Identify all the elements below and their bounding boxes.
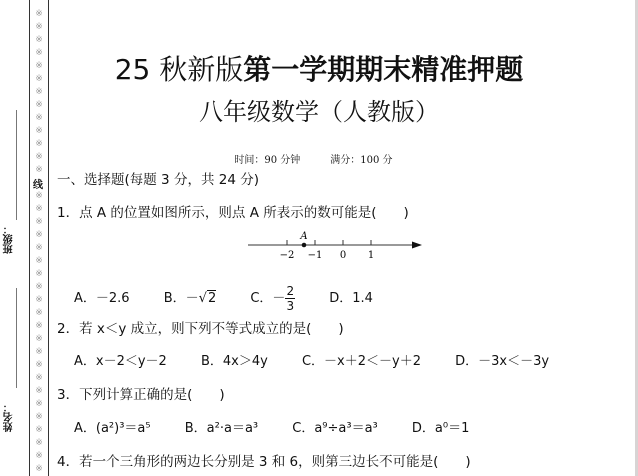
section-heading: 一、选择题(每题 3 分，共 24 分) <box>57 171 259 189</box>
option-c: C．－x＋2＜－y＋2 <box>302 353 421 371</box>
title-main: 第一学期期末精准押题 <box>243 53 523 86</box>
tick-label: 0 <box>340 250 346 261</box>
option-b: B．－√2 <box>164 290 217 308</box>
tick-label: −1 <box>308 250 323 261</box>
question-2-options: A．x－2＜y－2 B．4x＞4y C．－x＋2＜－y＋2 D．－3x＜－3y <box>74 353 579 371</box>
name-underline <box>16 288 17 388</box>
option-c: C．－23 <box>250 284 295 313</box>
option-a: A．－2.6 <box>74 290 130 308</box>
point-a-dot <box>302 243 307 248</box>
option-d: D．－3x＜－3y <box>455 353 549 371</box>
fraction: 23 <box>285 284 295 313</box>
class-label: 班级： <box>4 224 16 254</box>
full-score: 满分：100 分 <box>330 155 392 166</box>
question-1-options: A．－2.6 B．－√2 C．－23 D．1.4 <box>74 284 403 313</box>
option-b: B．4x＞4y <box>201 353 268 371</box>
option-d: D．1.4 <box>329 290 373 308</box>
arrow-icon <box>412 242 422 249</box>
name-label: 姓名： <box>4 402 16 432</box>
option-b: B．a²·a＝a³ <box>185 420 258 438</box>
option-c: C．a⁹÷a³＝a³ <box>292 420 378 438</box>
question-3-stem: 3．下列计算正确的是( ) <box>57 386 225 404</box>
exam-subtitle: 八年级数学（人教版） <box>0 96 638 128</box>
exam-meta: 时间：90 分钟满分：100 分 <box>228 140 423 166</box>
title-prefix: 25 秋新版 <box>115 53 244 86</box>
option-a: A．x－2＜y－2 <box>74 353 167 371</box>
question-2-stem: 2．若 x＜y 成立，则下列不等式成立的是( ) <box>57 320 344 338</box>
number-line-svg: A −2 −1 0 1 <box>248 228 428 262</box>
option-a: A．(a²)³＝a⁵ <box>74 420 151 438</box>
point-a-label: A <box>299 231 307 242</box>
tick-label: −2 <box>280 250 295 261</box>
question-1-stem: 1．点 A 的位置如图所示，则点 A 所表示的数可能是( ) <box>57 204 409 222</box>
seal-line-char: 线 <box>32 180 44 191</box>
exam-title: 25 秋新版第一学期期末精准押题 <box>0 52 638 88</box>
tick-label: 1 <box>368 250 374 261</box>
time-limit: 时间：90 分钟 <box>234 155 300 166</box>
number-line-figure: A −2 −1 0 1 <box>248 228 428 262</box>
option-d: D．a⁰＝1 <box>412 420 469 438</box>
question-4-stem: 4．若一个三角形的两边长分别是 3 和 6，则第三边长不可能是( ) <box>57 453 471 471</box>
question-3-options: A．(a²)³＝a⁵ B．a²·a＝a³ C．a⁹÷a³＝a³ D．a⁰＝1 <box>74 420 499 438</box>
